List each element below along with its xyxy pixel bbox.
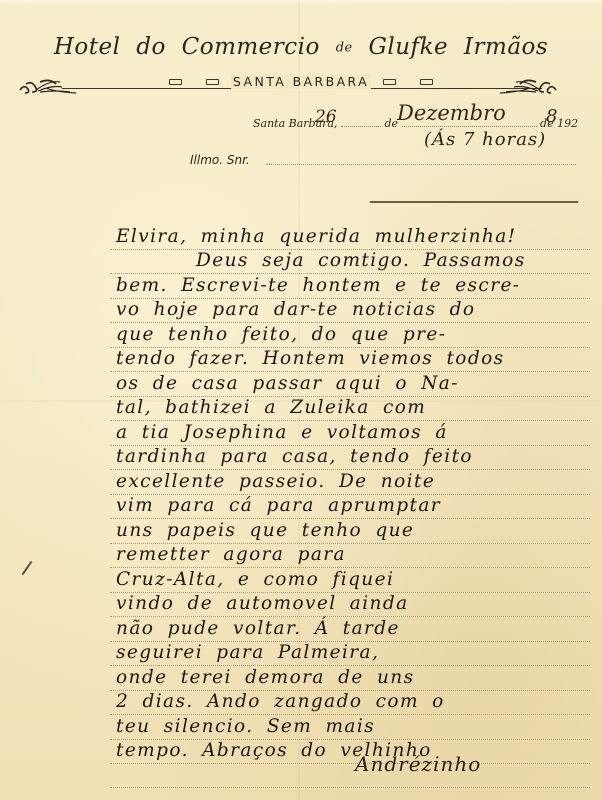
- letter-line: não pude voltar. Á tarde: [116, 618, 586, 639]
- addressee-underline: [370, 201, 578, 203]
- letter-line: excellente passeio. De noite: [116, 471, 586, 492]
- letter-line: tardinha para casa, tendo feito: [116, 446, 586, 467]
- letter-line: Cruz-Alta, e como fiquei: [116, 569, 586, 590]
- box-ornament-icon: [420, 79, 433, 85]
- letterhead-city-row: SANTA BARBARA: [0, 74, 602, 89]
- handwritten-time-note: (Ás 7 horas): [424, 129, 546, 150]
- letter-line: 2 dias. Ando zangado com o: [116, 691, 586, 712]
- ruled-line: [110, 370, 590, 372]
- letter-line: teu silencio. Sem mais: [116, 716, 586, 737]
- letterhead-title: Hotel do Commercio de Glufke Irmãos: [0, 34, 602, 60]
- letter-line: tendo fazer. Hontem viemos todos: [116, 348, 586, 369]
- ruled-line: [110, 419, 590, 421]
- printed-de-1: de: [384, 117, 398, 130]
- letter-line: vindo de automovel ainda: [116, 593, 586, 614]
- letter-line: Elvira, minha querida mulherzinha!: [116, 226, 586, 247]
- ruled-line: [110, 713, 590, 715]
- letter-line: os de casa passar aqui o Na-: [116, 373, 586, 394]
- ruled-line: [110, 321, 590, 323]
- ruled-line: [110, 566, 590, 568]
- letter-line: tal, bathizei a Zuleika com: [116, 397, 586, 418]
- hotel-name-part1: Hotel do Commercio: [54, 34, 320, 60]
- addressee-field-line: [266, 164, 576, 165]
- signature: Andrézinho: [355, 752, 481, 776]
- letter-line: tempo. Abraços do velhinho: [116, 740, 586, 761]
- letter-line: vo hoje para dar-te noticias do: [116, 299, 586, 320]
- ruled-line: [110, 517, 590, 519]
- ruled-line: [110, 786, 590, 788]
- letter-line: vim para cá para aprumptar: [116, 495, 586, 516]
- handwritten-month: Dezembro: [397, 101, 506, 125]
- letter-line: uns papeis que tenho que: [116, 520, 586, 541]
- letter-page: Hotel do Commercio de Glufke Irmãos SANT…: [0, 0, 602, 800]
- letter-line: onde terei demora de uns: [116, 667, 586, 688]
- ruled-line: [110, 272, 590, 274]
- addressee-label: Illmo. Snr.: [190, 153, 250, 167]
- day-field-line: [341, 114, 381, 127]
- handwritten-day: 26: [315, 107, 337, 127]
- ruled-line: [110, 615, 590, 617]
- box-ornament-icon: [383, 79, 396, 85]
- box-ornament-icon: [206, 79, 219, 85]
- ruled-line: [110, 468, 590, 470]
- ruled-line: [110, 664, 590, 666]
- box-ornament-icon: [169, 79, 182, 85]
- letter-line: a tia Josephina e voltamos á: [116, 422, 586, 443]
- paper-top-edge: [0, 0, 602, 5]
- letter-line: Deus seja comtigo. Passamos: [196, 250, 586, 271]
- ink-mark: [22, 561, 33, 575]
- letter-line: que tenho feito, do que pre-: [116, 324, 586, 345]
- ruled-line: [110, 762, 590, 764]
- letter-line: remetter agora para: [116, 544, 586, 565]
- hotel-name-part2: Glufke Irmãos: [369, 34, 549, 60]
- letter-line: seguirei para Palmeira,: [116, 642, 586, 663]
- letterhead-city: SANTA BARBARA: [231, 74, 371, 89]
- printed-year-prefix: 192: [557, 117, 578, 130]
- letter-line: bem. Escrevi-te hontem e te escre-: [116, 275, 586, 296]
- handwritten-year-digit: 8: [546, 106, 557, 127]
- hotel-name-de: de: [336, 41, 353, 56]
